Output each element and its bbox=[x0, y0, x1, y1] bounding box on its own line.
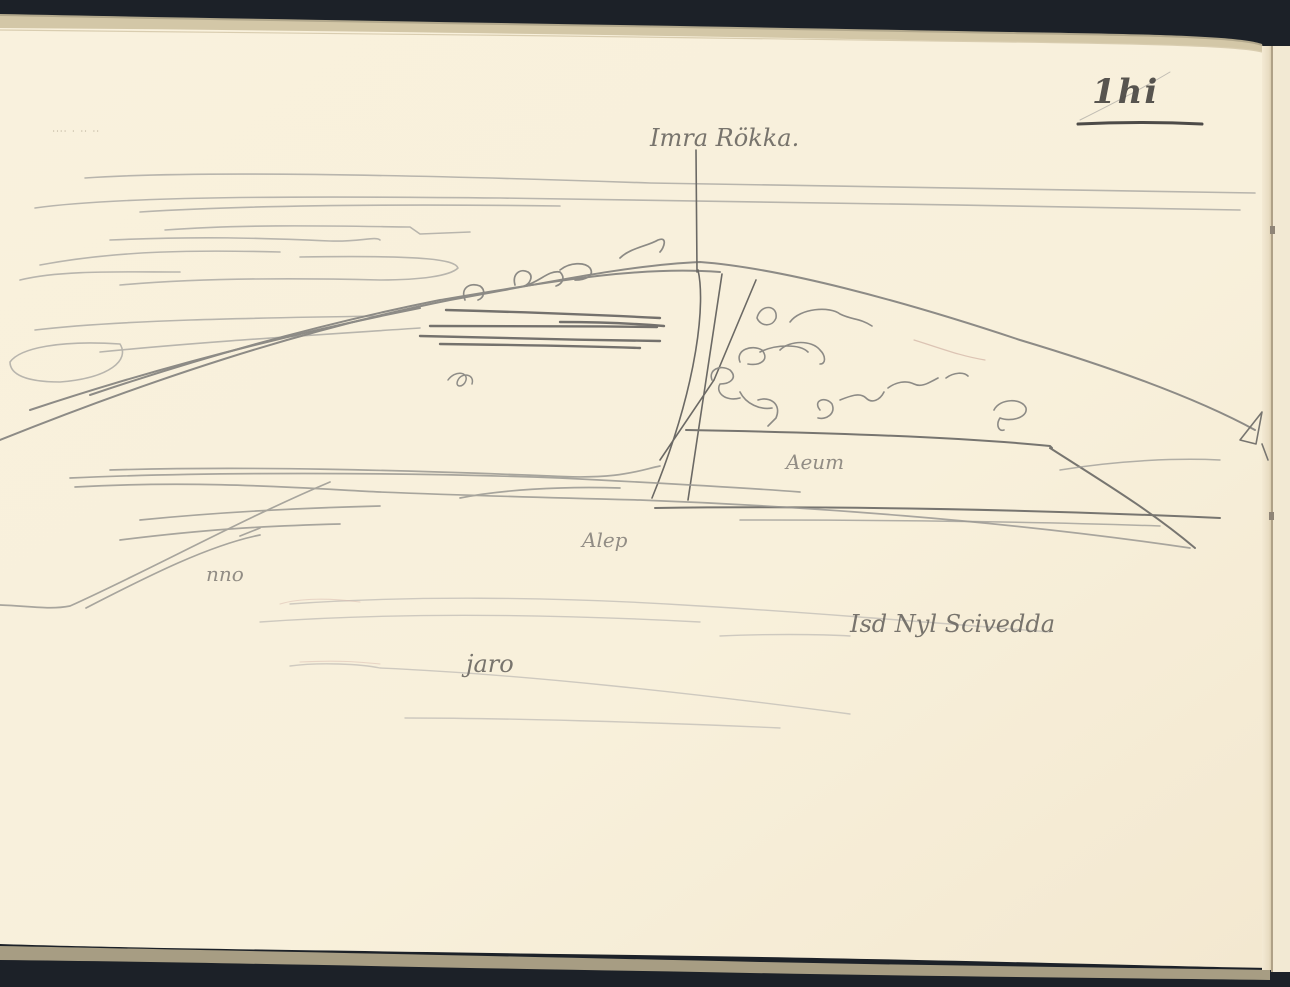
sketchbook-scan: 1hi Imra Rökka. Isd Nyl Scivedda Alep nn… bbox=[0, 0, 1290, 987]
sketchbook-page bbox=[0, 0, 1290, 987]
paper-sheet bbox=[0, 16, 1270, 968]
